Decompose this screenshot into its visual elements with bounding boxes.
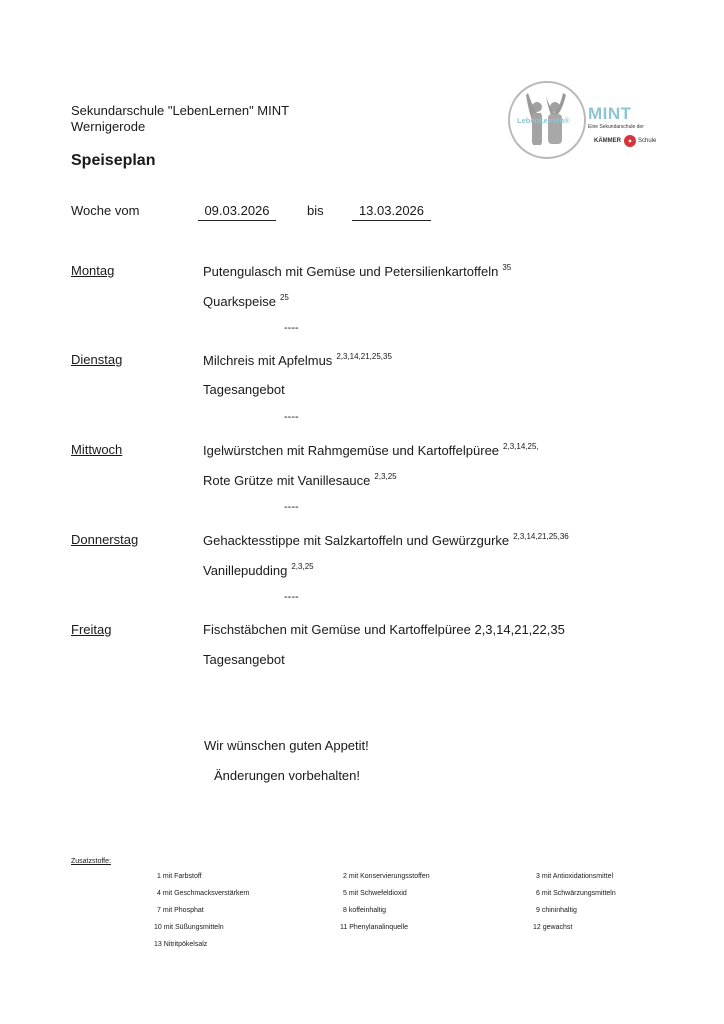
dish-name: Milchreis mit Apfelmus <box>203 353 332 368</box>
logo-subtitle: Eine Sekundarschule der <box>588 124 644 130</box>
additive-item: 2 mit Konservierungsstoffen <box>343 873 430 880</box>
logo-brand: LebenLernen® <box>517 116 570 125</box>
dish-item: Gehacktesstippe mit Salzkartoffeln und G… <box>203 532 569 548</box>
additive-item: 13 Nitritpökelsalz <box>154 941 207 948</box>
dish-name: Vanillepudding <box>203 563 287 578</box>
dish-name: Igelwürstchen mit Rahmgemüse und Kartoff… <box>203 443 499 458</box>
dish-name: Tagesangebot <box>203 652 285 667</box>
day-separator: ---- <box>284 591 299 603</box>
additive-item: 9 chininhaltig <box>536 907 577 914</box>
week-from-date: 09.03.2026 <box>198 203 276 221</box>
logo-kammer: KÄMMER <box>594 138 621 144</box>
additive-item: 6 mit Schwärzungsmitteln <box>536 890 616 897</box>
school-name: Sekundarschule "LebenLernen" MINT <box>71 103 289 119</box>
day-label-dienstag: Dienstag <box>71 352 122 367</box>
dish-item: Rote Grütze mit Vanillesauce2,3,25 <box>203 472 397 488</box>
dish-item: Igelwürstchen mit Rahmgemüse und Kartoff… <box>203 442 539 458</box>
day-separator: ---- <box>284 322 299 334</box>
dish-additives: 25 <box>280 293 289 302</box>
dish-item: Tagesangebot <box>203 652 285 667</box>
dish-item: Vanillepudding2,3,25 <box>203 562 314 578</box>
week-separator: bis <box>307 203 324 218</box>
dish-name: Fischstäbchen mit Gemüse und Kartoffelpü… <box>203 622 565 637</box>
week-to-date: 13.03.2026 <box>352 203 431 221</box>
additive-item: 3 mit Antioxidationsmittel <box>536 873 613 880</box>
dish-additives: 2,3,14,25, <box>503 442 539 451</box>
school-city: Wernigerode <box>71 119 289 135</box>
week-label: Woche vom <box>71 203 139 218</box>
dish-name: Putengulasch mit Gemüse und Petersilienk… <box>203 264 498 279</box>
logo-mint: MINT <box>588 104 632 124</box>
dish-name: Quarkspeise <box>203 294 276 309</box>
additive-item: 12 gewachst <box>533 924 572 931</box>
dish-item: Quarkspeise25 <box>203 293 289 309</box>
dish-name: Tagesangebot <box>203 382 285 397</box>
additive-item: 7 mit Phosphat <box>157 907 204 914</box>
page-title: Speiseplan <box>71 152 155 170</box>
dish-name: Rote Grütze mit Vanillesauce <box>203 473 370 488</box>
logo-schule: Schule <box>638 138 656 144</box>
logo-circle: LebenLernen® <box>508 81 586 159</box>
flower-icon <box>624 135 636 147</box>
additive-item: 10 mit Süßungsmitteln <box>154 924 224 931</box>
day-label-donnerstag: Donnerstag <box>71 532 138 547</box>
dish-item: Tagesangebot <box>203 382 285 397</box>
additive-item: 5 mit Schwefeldioxid <box>343 890 407 897</box>
school-header: Sekundarschule "LebenLernen" MINT Wernig… <box>71 103 289 135</box>
dish-additives: 2,3,25 <box>291 562 313 571</box>
day-separator: ---- <box>284 411 299 423</box>
dish-additives: 35 <box>502 263 511 272</box>
closing-changes: Änderungen vorbehalten! <box>214 768 360 783</box>
additive-item: 11 Phenylanalinquelle <box>340 924 408 931</box>
day-label-montag: Montag <box>71 263 114 278</box>
additive-item: 1 mit Farbstoff <box>157 873 202 880</box>
dish-item: Fischstäbchen mit Gemüse und Kartoffelpü… <box>203 622 565 637</box>
dish-item: Milchreis mit Apfelmus2,3,14,21,25,35 <box>203 352 392 368</box>
dish-item: Putengulasch mit Gemüse und Petersilienk… <box>203 263 511 279</box>
closing-appetite: Wir wünschen guten Appetit! <box>204 738 369 753</box>
dish-additives: 2,3,14,21,25,35 <box>336 352 392 361</box>
dish-name: Gehacktesstippe mit Salzkartoffeln und G… <box>203 533 509 548</box>
day-label-freitag: Freitag <box>71 622 111 637</box>
school-logo: LebenLernen® MINT Eine Sekundarschule de… <box>506 79 666 159</box>
day-label-mittwoch: Mittwoch <box>71 442 122 457</box>
additive-item: 4 mit Geschmacksverstärkern <box>157 890 250 897</box>
additive-item: 8 koffeinhaltig <box>343 907 386 914</box>
additives-label: Zusatzstoffe: <box>71 858 111 865</box>
dish-additives: 2,3,14,21,25,36 <box>513 532 569 541</box>
day-separator: ---- <box>284 501 299 513</box>
dish-additives: 2,3,25 <box>374 472 396 481</box>
